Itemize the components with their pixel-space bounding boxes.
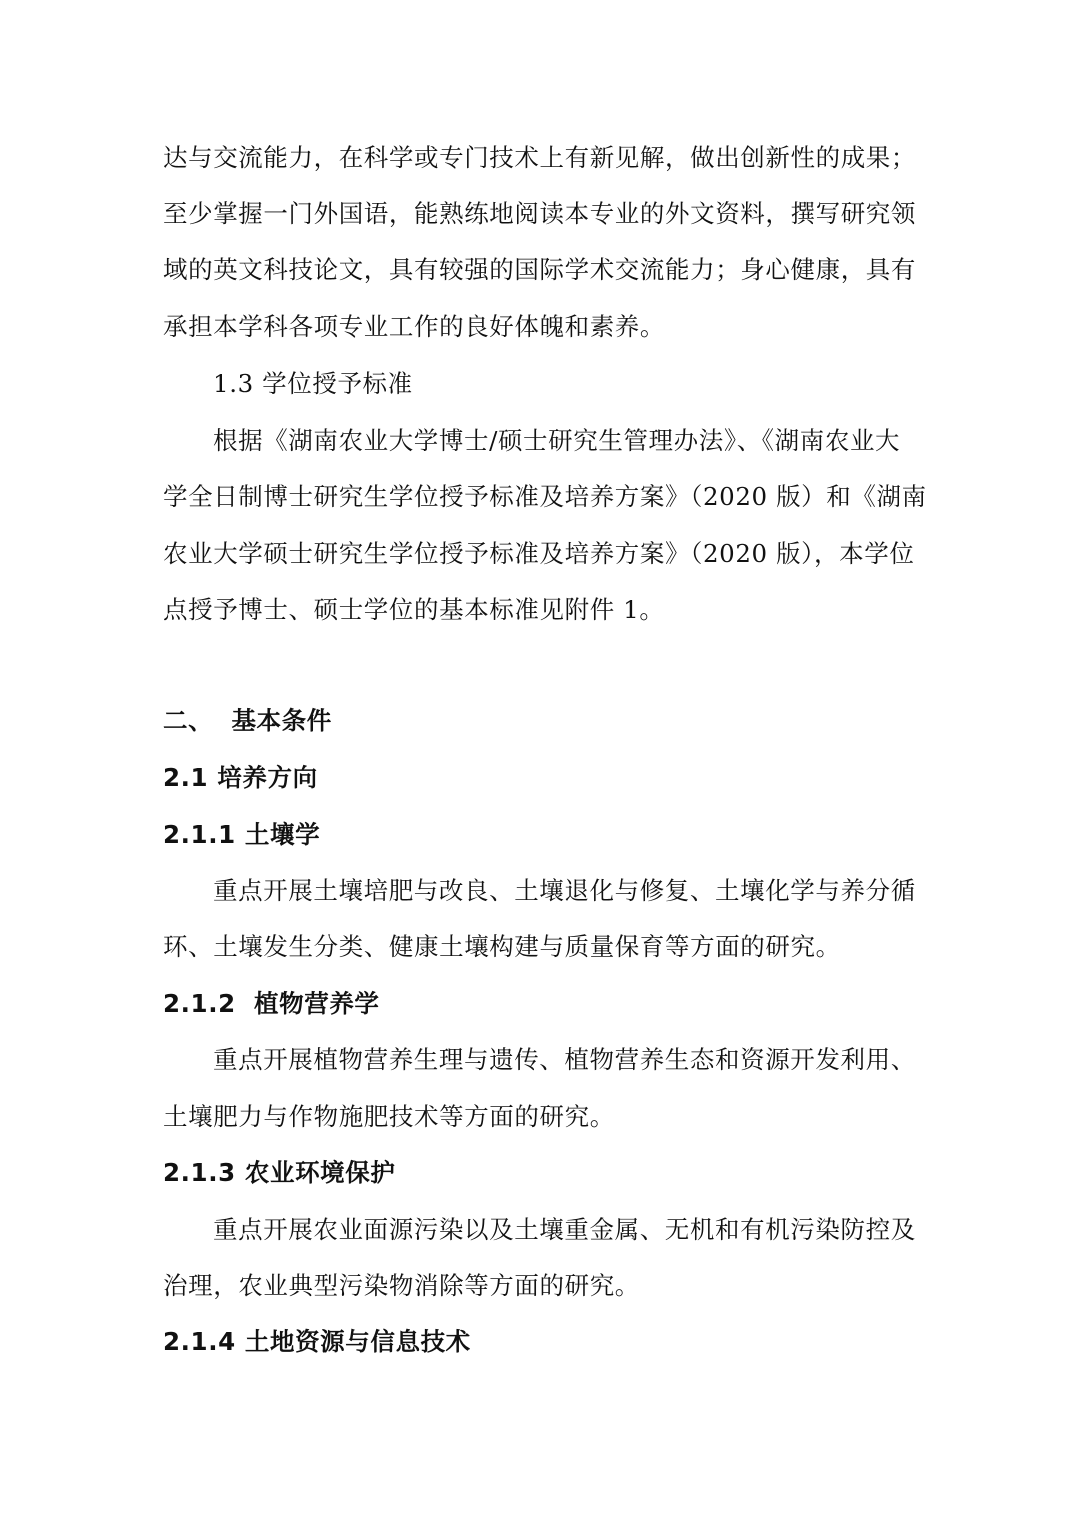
paragraph-line: 至少掌握一门外国语，能熟练地阅读本专业的外文资料，撰写研究领 xyxy=(163,199,916,229)
section-heading-2-1-4: 2.1.4 土地资源与信息技术 xyxy=(163,1327,471,1357)
paragraph-line: 达与交流能力，在科学或专门技术上有新见解，做出创新性的成果； xyxy=(163,143,916,173)
section-heading-2-1-1: 2.1.1 土壤学 xyxy=(163,820,320,850)
section-heading-2-1-3: 2.1.3 农业环境保护 xyxy=(163,1158,396,1188)
paragraph-line: 治理，农业典型污染物消除等方面的研究。 xyxy=(163,1271,640,1301)
paragraph-line: 环、土壤发生分类、健康土壤构建与质量保育等方面的研究。 xyxy=(163,932,841,962)
paragraph-line: 土壤肥力与作物施肥技术等方面的研究。 xyxy=(163,1102,615,1132)
paragraph-line: 域的英文科技论文，具有较强的国际学术交流能力；身心健康，具有 xyxy=(163,255,916,285)
paragraph-line: 承担本学科各项专业工作的良好体魄和素养。 xyxy=(163,312,665,342)
paragraph-line: 点授予博士、硕士学位的基本标准见附件 1。 xyxy=(163,595,664,625)
paragraph-line: 农业大学硕士研究生学位授予标准及培养方案》（2020 版），本学位 xyxy=(163,539,914,569)
paragraph-line: 根据《湖南农业大学博士/硕士研究生管理办法》、《湖南农业大 xyxy=(213,426,900,456)
section-heading-2-1: 2.1 培养方向 xyxy=(163,763,318,793)
paragraph-line: 重点开展植物营养生理与遗传、植物营养生态和资源开发利用、 xyxy=(213,1045,916,1075)
paragraph-line: 重点开展土壤培肥与改良、土壤退化与修复、土壤化学与养分循 xyxy=(213,876,916,906)
section-heading-2: 二、 基本条件 xyxy=(163,706,332,736)
section-heading-1-3: 1.3 学位授予标准 xyxy=(213,369,413,399)
paragraph-line: 学全日制博士研究生学位授予标准及培养方案》（2020 版）和《湖南 xyxy=(163,482,927,512)
paragraph-line: 重点开展农业面源污染以及土壤重金属、无机和有机污染防控及 xyxy=(213,1215,916,1245)
section-heading-2-1-2: 2.1.2 植物营养学 xyxy=(163,989,380,1019)
